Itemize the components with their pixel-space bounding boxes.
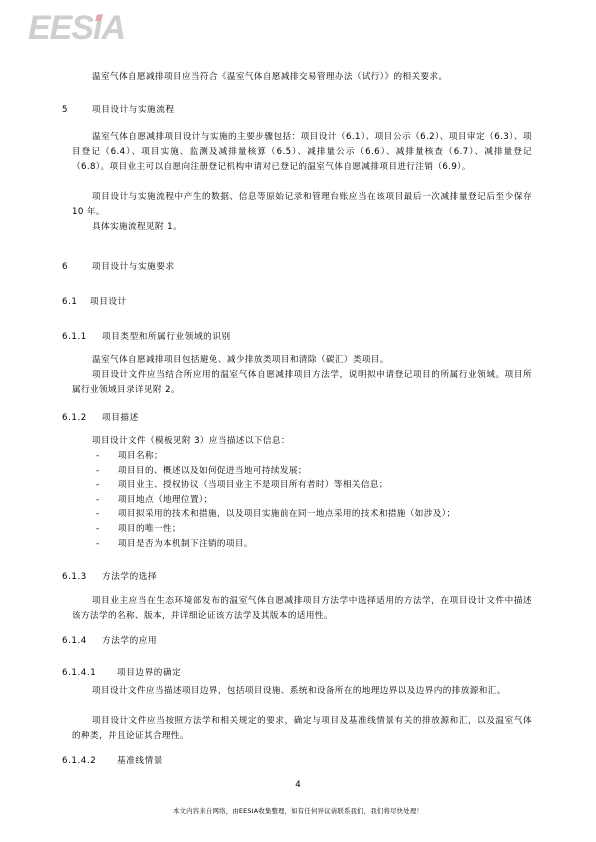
section-6-1-3-heading: 6.1.3方法学的选择 [62, 571, 157, 583]
logo-i: i [93, 9, 101, 47]
section-number: 6.1.1 [62, 331, 102, 343]
section-title: 项目设计与实施要求 [92, 262, 175, 272]
list-item-text: 项目拟采用的技术和措施，以及项目实施前在同一地点采用的技术和措施（如涉及）； [118, 507, 455, 522]
logo-accent-i: i [93, 9, 101, 47]
section-number: 5 [62, 104, 92, 116]
section-6-1-1-paragraph-1: 温室气体自愿减排项目包括避免、减少排放类项目和清除（碳汇）类项目。 [72, 353, 532, 368]
bullet-dash: - [96, 537, 118, 552]
list-item: -项目的唯一性； [96, 522, 536, 537]
section-5-paragraph-3: 具体实施流程见附 1。 [72, 220, 532, 235]
logo-text-end: A [102, 9, 126, 47]
section-number: 6.1 [62, 296, 90, 308]
list-item-text: 项目业主、授权协议（当项目业主不是项目所有者时）等相关信息； [118, 478, 388, 493]
section-6-1-4-1-heading: 6.1.4.1项目边界的确定 [62, 667, 181, 679]
section-6-1-4-2-heading: 6.1.4.2基准线情景 [62, 755, 163, 767]
section-5-paragraph-2: 项目设计与实施流程中产生的数据、信息等原始记录和管理台账应当在该项目最后一次减排… [72, 190, 532, 220]
list-item-text: 项目目的、概述以及如何促进当地可持续发展； [118, 464, 307, 479]
list-item: -项目业主、授权协议（当项目业主不是项目所有者时）等相关信息； [96, 478, 536, 493]
bullet-dash: - [96, 507, 118, 522]
list-item-text: 项目名称； [118, 449, 163, 464]
section-title: 项目设计与实施流程 [92, 105, 175, 115]
section-title: 项目边界的确定 [117, 668, 181, 678]
list-item: -项目名称； [96, 449, 536, 464]
section-number: 6.1.4.2 [62, 755, 117, 767]
section-title: 项目类型和所属行业领域的识别 [102, 332, 231, 342]
section-6-1-1-paragraph-2: 项目设计文件应当结合所应用的温室气体自愿减排项目方法学，说明拟申请登记项目的所属… [72, 368, 532, 398]
project-info-list: -项目名称； -项目目的、概述以及如何促进当地可持续发展； -项目业主、授权协议… [96, 449, 536, 551]
list-item: -项目地点（地理位置）； [96, 493, 536, 508]
section-6-1-3-paragraph: 项目业主应当在生态环境部发布的温室气体自愿减排项目方法学中选择适用的方法学，在项… [72, 594, 532, 624]
bullet-dash: - [96, 464, 118, 479]
section-number: 6.1.4 [62, 635, 102, 647]
section-6-1-2-intro: 项目设计文件（模板见附 3）应当描述以下信息： [72, 434, 532, 449]
section-number: 6.1.4.1 [62, 667, 117, 679]
section-6-1-2-heading: 6.1.2项目描述 [62, 412, 139, 424]
section-title: 基准线情景 [117, 756, 163, 766]
list-item-text: 项目地点（地理位置）； [118, 493, 213, 508]
section-5-heading: 5项目设计与实施流程 [62, 104, 175, 116]
section-title: 项目描述 [102, 413, 139, 423]
logo-text: EES [28, 9, 93, 47]
list-item: -项目目的、概述以及如何促进当地可持续发展； [96, 464, 536, 479]
section-6-heading: 6项目设计与实施要求 [62, 261, 175, 273]
section-5-paragraph-1: 温室气体自愿减排项目设计与实施的主要步骤包括：项目设计（6.1）、项目公示（6.… [72, 130, 532, 174]
list-item-text: 项目是否为本机制下注销的项目。 [118, 537, 253, 552]
section-6-1-4-heading: 6.1.4方法学的应用 [62, 635, 157, 647]
list-item-text: 项目的唯一性； [118, 522, 181, 537]
bullet-dash: - [96, 493, 118, 508]
section-6-1-1-heading: 6.1.1项目类型和所属行业领域的识别 [62, 331, 231, 343]
section-title: 方法学的选择 [102, 572, 157, 582]
bullet-dash: - [96, 522, 118, 537]
section-6-1-heading: 6.1项目设计 [62, 296, 127, 308]
section-6-1-4-1-paragraph-2: 项目设计文件应当按照方法学和相关规定的要求，确定与项目及基准线情景有关的排放源和… [72, 714, 532, 744]
bullet-dash: - [96, 449, 118, 464]
footer-disclaimer: 本文内容来自网络，由EESIA收集整理，如有任何异议请联系我们，我们将尽快处理！ [0, 806, 596, 815]
list-item: -项目是否为本机制下注销的项目。 [96, 537, 536, 552]
section-number: 6 [62, 261, 92, 273]
section-6-1-4-1-paragraph-1: 项目设计文件应当描述项目边界，包括项目设施、系统和设备所在的地理边界以及边界内的… [72, 684, 532, 699]
intro-paragraph: 温室气体自愿减排项目应当符合《温室气体自愿减排交易管理办法（试行）》的相关要求。 [72, 70, 532, 85]
section-number: 6.1.3 [62, 571, 102, 583]
page-number: 4 [0, 780, 596, 790]
bullet-dash: - [96, 478, 118, 493]
section-number: 6.1.2 [62, 412, 102, 424]
section-title: 方法学的应用 [102, 636, 157, 646]
section-title: 项目设计 [90, 297, 127, 307]
eesia-logo: EESiA [28, 8, 125, 48]
list-item: -项目拟采用的技术和措施，以及项目实施前在同一地点采用的技术和措施（如涉及）； [96, 507, 536, 522]
